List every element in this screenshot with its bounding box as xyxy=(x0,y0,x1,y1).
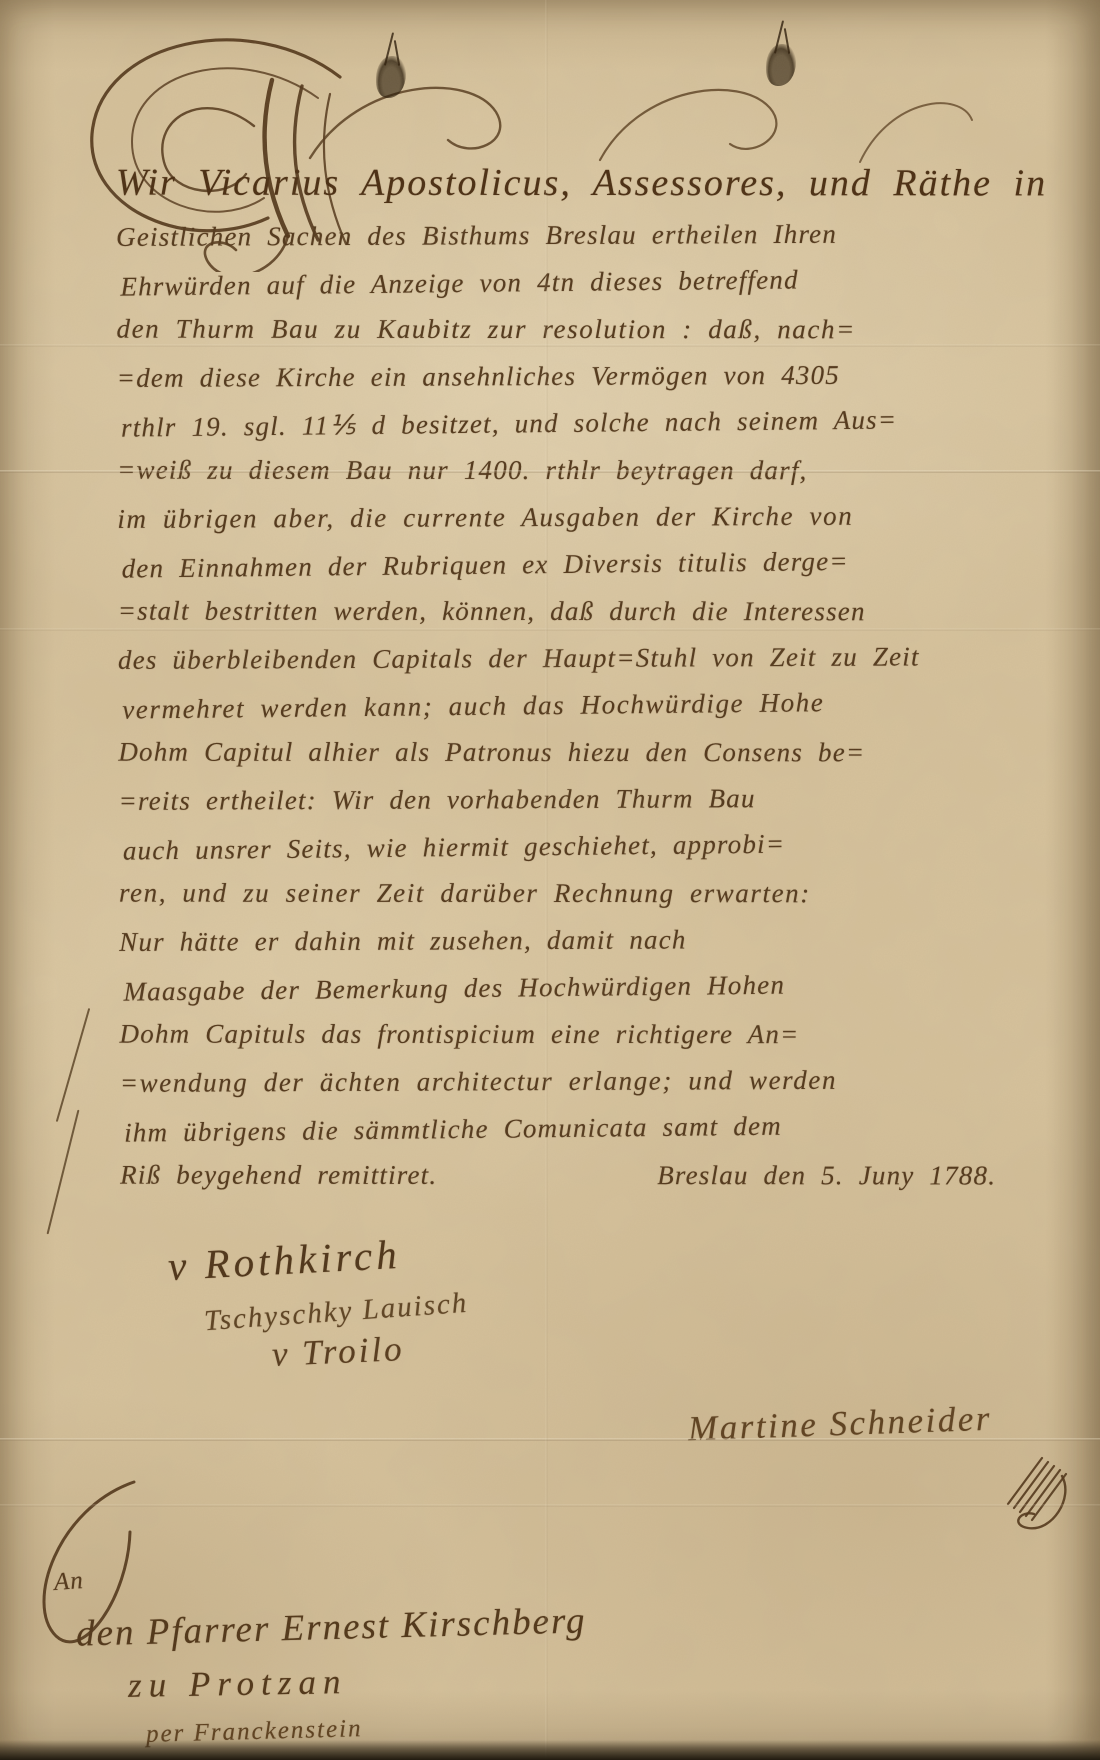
ink-blot-core xyxy=(766,44,796,86)
ink-blot-core xyxy=(376,56,406,98)
address-salutation: An xyxy=(53,1567,85,1597)
body-line: des überbleibenden Capitals der Haupt=St… xyxy=(118,623,1000,674)
signature-paraph xyxy=(1000,1452,1076,1540)
body-line: Wir Vicarius Apostolicus, Assessores, un… xyxy=(116,140,998,203)
ink-blot-streak xyxy=(384,32,394,65)
ink-blot-streak xyxy=(774,20,784,53)
body-line: auch unsrer Seits, wie hiermit geschiehe… xyxy=(123,808,1005,864)
body-line: Geistlichen Sachen des Bisthums Breslau … xyxy=(116,200,998,251)
body-line: =stalt bestritten werden, können, daß du… xyxy=(118,578,1000,626)
body-line: Dohm Capitul alhier als Patronus hiezu d… xyxy=(118,719,1000,767)
body-line: den Einnahmen der Rubriquen ex Diversis … xyxy=(121,526,1003,582)
signature-troilo: v Troilo xyxy=(271,1329,405,1375)
letter-body: Wir Vicarius Apostolicus, Assessores, un… xyxy=(116,138,1003,1191)
body-line: Nur hätte er dahin mit zusehen, damit na… xyxy=(119,905,1001,956)
address-recipient: den Pfarrer Ernest Kirschberg xyxy=(76,1599,587,1655)
address-route: per Franckenstein xyxy=(146,1715,363,1749)
body-line: Riß beygehend remittiret. Breslau den 5.… xyxy=(120,1142,1002,1190)
ink-blot-streak xyxy=(784,28,790,54)
body-line: Dohm Capituls das frontispicium eine ric… xyxy=(120,1001,1002,1049)
signature-rothkirch: v Rothkirch xyxy=(167,1230,402,1290)
signature-second: Tschyschky Lauisch xyxy=(203,1287,469,1338)
dateline: Breslau den 5. Juny 1788. xyxy=(657,1162,1002,1189)
body-line: =weiß zu diesem Bau nur 1400. rthlr beyt… xyxy=(117,437,999,485)
margin-bracket-stroke xyxy=(47,1110,80,1235)
body-line: rthlr 19. sgl. 11⅕ d besitzet, und solch… xyxy=(121,385,1003,441)
body-line: im übrigen aber, die currente Ausgaben d… xyxy=(117,482,999,533)
address-place: zu Protzan xyxy=(128,1662,348,1706)
margin-bracket-stroke xyxy=(56,1008,90,1122)
body-line-text: Riß beygehend remittiret. xyxy=(120,1162,437,1189)
ink-blot xyxy=(376,56,406,98)
body-line: =dem diese Kirche ein ansehnliches Vermö… xyxy=(117,341,999,392)
manuscript-page: Wir Vicarius Apostolicus, Assessores, un… xyxy=(0,0,1100,1760)
fold-crease xyxy=(0,1504,1100,1507)
body-line: den Thurm Bau zu Kaubitz zur resolution … xyxy=(116,296,998,344)
body-line: =reits ertheilet: Wir den vorhabenden Th… xyxy=(118,764,1000,815)
body-line: Ehrwürden auf die Anzeige von 4tn dieses… xyxy=(120,244,1002,300)
ink-blot-streak xyxy=(394,40,400,66)
body-line: ren, und zu seiner Zeit darüber Rechnung… xyxy=(119,860,1001,908)
body-line: Maasgabe der Bemerkung des Hochwürdigen … xyxy=(123,949,1005,1005)
countersignature-schneider: Martine Schneider xyxy=(687,1399,992,1450)
body-line: vermehret werden kann; auch das Hochwürd… xyxy=(122,667,1004,723)
body-line: =wendung der ächten architectur erlange;… xyxy=(120,1046,1002,1097)
body-line: ihm übrigens die sämmtliche Comunicata s… xyxy=(124,1090,1006,1146)
ink-blot xyxy=(766,44,796,86)
